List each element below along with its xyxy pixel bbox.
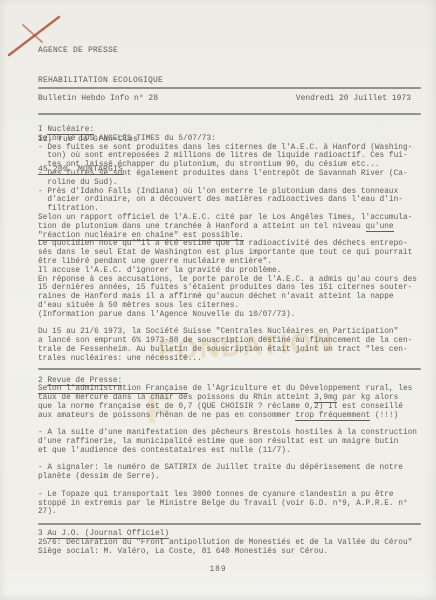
document-line	[38, 482, 426, 491]
text-run: - Près d'Idaho Falls (Indiana) où l'on e…	[38, 188, 398, 196]
text-run: d'une raffinerie, la municipalité estime…	[38, 438, 398, 446]
bulletin-info-row: Bulletin Hebdo Info n° 28 Vendredi 20 Ju…	[38, 94, 411, 103]
divider-line	[38, 87, 421, 89]
text-run: être libéré pendant une guerre nucléaire…	[38, 258, 272, 266]
text-run: Il accuse l'A.E.C. d'ignorer la gravité …	[38, 267, 281, 275]
text-run: 15 dernières années, 15 fuites s'étaient…	[38, 284, 412, 292]
agency-name-line2: REHABILITATION ECOLOGIQUE	[38, 76, 163, 86]
document-line: filtration.	[38, 205, 426, 214]
text-run: trale de Fessenheim. Au bulletin de sous…	[38, 346, 408, 354]
document-line	[38, 421, 426, 430]
text-run: Siège social: M. Valéro, La Coste, 81 64…	[38, 548, 328, 556]
document-line: 25/6: Déclaration du "Front antipollutio…	[38, 539, 426, 548]
text-run: Du 15 au 21/6 1973, la Société Suisse "C…	[38, 328, 398, 336]
document-line: "réaction nucléaire en chaîne" est possi…	[38, 232, 426, 241]
document-line: 2 Revue de Presse:	[38, 377, 426, 386]
underlined-text: 3,9mg	[314, 394, 337, 403]
text-run: 27).	[38, 508, 57, 516]
section-revue-de-presse: 2 Revue de Presse:Selon l'administration…	[38, 377, 426, 518]
document-line: - Le Topaze qui transportait les 3000 to…	[38, 491, 426, 500]
divider-line	[38, 523, 421, 525]
document-line: aux amateurs de poissons rhénan de ne pa…	[38, 412, 426, 421]
text-run: trales nucléaires: une nécessité...	[38, 355, 202, 363]
document-line: d'acier ordinaire, on a découvert des ma…	[38, 196, 426, 205]
text-run: Selon le LOS ANGELES TIMES du 5/07/73:	[38, 135, 216, 143]
underlined-text: Selon l'administration Française	[38, 385, 188, 394]
document-line: Selon l'administration Française de l'Ag…	[38, 385, 426, 394]
document-body: I Nucléaire:Selon le LOS ANGELES TIMES d…	[38, 126, 426, 557]
document-line: que la norme française est de 0,7 (QUE C…	[38, 403, 426, 412]
text-run: - A la suite d'une manifestation des pêc…	[38, 429, 417, 437]
text-run: 2	[38, 377, 47, 385]
bulletin-title: Bulletin Hebdo Info n° 28	[38, 94, 158, 103]
document-line: (Information parue dans l'Agence Nouvell…	[38, 311, 426, 320]
section-journal-officiel: 3 Au J.O. (Journal Officiel)25/6: Déclar…	[38, 530, 426, 556]
text-run: tion de plutonium dans une tranchée à Ha…	[38, 223, 366, 231]
document-line: tion de plutonium dans une tranchée à Ha…	[38, 223, 426, 232]
document-line: Du 15 au 21/6 1973, la Société Suisse "C…	[38, 328, 426, 337]
text-run: raines de Hanford mais il a affirmé qu'a…	[38, 293, 394, 301]
document-line: I Nucléaire:	[38, 126, 426, 135]
document-line: 27).	[38, 508, 426, 517]
document-line: - A signaler: le numéro de SATIRIX de Ju…	[38, 464, 426, 473]
text-run: taux de mercure dans la chair des poisso…	[38, 394, 314, 402]
text-run: 3	[38, 530, 47, 538]
document-line: Siège social: M. Valéro, La Coste, 81 64…	[38, 548, 426, 557]
text-run: filtration.	[38, 205, 99, 213]
document-line: stoppé in extremis par le Ministre Belge…	[38, 500, 426, 509]
document-line: d'eau située à 50 mètres sous les citern…	[38, 302, 426, 311]
document-line: - A la suite d'une manifestation des pêc…	[38, 429, 426, 438]
document-line: taux de mercure dans la chair des poisso…	[38, 394, 426, 403]
document-line: Il accuse l'A.E.C. d'ignorer la gravité …	[38, 267, 426, 276]
divider-line	[38, 113, 421, 115]
text-run: par kg alors	[337, 394, 398, 402]
text-run: a lancé son emprunt 6% 1973-88 de souscr…	[38, 337, 412, 345]
text-run: En réponse à ces accusations, le porte p…	[38, 276, 417, 284]
underlined-text: Au J.O. (Journal Officiel)	[47, 530, 169, 539]
text-run: Selon un rapport officiel de l'A.E.C. ci…	[38, 214, 412, 222]
underlined-text: Nucléaire:	[47, 126, 94, 135]
document-line: raines de Hanford mais il a affirmé qu'a…	[38, 293, 426, 302]
text-run: (Information parue dans l'Agence Nouvell…	[38, 311, 295, 319]
document-line: sés dans le seul Etat de Washington est …	[38, 249, 426, 258]
text-run: stoppé in extremis par le Ministre Belge…	[38, 500, 408, 508]
agency-name-line1: AGENCE DE PRESSE	[38, 46, 163, 56]
document-line: - Près d'Idaho Falls (Indiana) où l'on e…	[38, 188, 426, 197]
document-line: et que l'audience des contestataires est…	[38, 447, 426, 456]
document-line: ton) où sont entreposées 2 millions de l…	[38, 152, 426, 161]
page-number: 189	[0, 566, 436, 574]
text-run: Le quotidien note qu'"il a été estimé qu…	[38, 240, 408, 248]
underlined-text: trop fréquemment	[295, 412, 370, 421]
document-line: trale de Fessenheim. Au bulletin de sous…	[38, 346, 426, 355]
document-line: être libéré pendant une guerre nucléaire…	[38, 258, 426, 267]
text-run: aux amateurs de poissons rhénan de ne pa…	[38, 412, 295, 420]
text-run: - Le Topaze qui transportait les 3000 to…	[38, 491, 394, 499]
document-line: trales nucléaires: une nécessité...	[38, 355, 426, 364]
underlined-text: "réaction nucléaire en chaîne" est possi…	[38, 232, 244, 241]
document-line	[38, 320, 426, 329]
text-run: - Des fuites se sont également produites…	[38, 170, 408, 178]
document-line: planète (dessim de Serre).	[38, 473, 426, 482]
document-line: roline du Sud).	[38, 179, 426, 188]
text-run: d'acier ordinaire, on a découvert des ma…	[38, 196, 403, 204]
document-line	[38, 456, 426, 465]
text-run: I	[38, 126, 47, 134]
document-line: - Des fuites se sont également produites…	[38, 170, 426, 179]
text-run: que la norme française est de 0,7 (QUE C…	[38, 403, 403, 411]
text-run: sés dans le seul Etat de Washington est …	[38, 249, 412, 257]
underlined-text: Revue de Presse:	[47, 377, 122, 386]
document-line: Le quotidien note qu'"il a été estimé qu…	[38, 240, 426, 249]
scanned-bulletin-page: FONDATION F AGENCE DE PRESSE REHABILITAT…	[0, 0, 436, 600]
text-run: tes ont laissé échapper du plutonium, du…	[38, 161, 380, 169]
text-run: (!!!)	[370, 412, 398, 420]
text-run: - A signaler: le numéro de SATIRIX de Ju…	[38, 464, 403, 472]
document-line: 15 dernières années, 15 fuites s'étaient…	[38, 284, 426, 293]
bulletin-date: Vendredi 20 Juillet 1973	[296, 94, 411, 103]
text-run: roline du Sud).	[38, 179, 118, 187]
document-line: tes ont laissé échapper du plutonium, du…	[38, 161, 426, 170]
text-run: de l'Agriculture et du Développement rur…	[188, 385, 413, 393]
text-run: et que l'audience des contestataires est…	[38, 447, 291, 455]
document-line: d'une raffinerie, la municipalité estime…	[38, 438, 426, 447]
document-line: Selon un rapport officiel de l'A.E.C. ci…	[38, 214, 426, 223]
text-run: ton) où sont entreposées 2 millions de l…	[38, 152, 408, 160]
section-nucleaire: I Nucléaire:Selon le LOS ANGELES TIMES d…	[38, 126, 426, 364]
text-run: 25/6: Déclaration du "Front antipollutio…	[38, 539, 412, 547]
document-line: a lancé son emprunt 6% 1973-88 de souscr…	[38, 337, 426, 346]
document-line: Selon le LOS ANGELES TIMES du 5/07/73:	[38, 135, 426, 144]
document-line: 3 Au J.O. (Journal Officiel)	[38, 530, 426, 539]
document-line: En réponse à ces accusations, le porte p…	[38, 276, 426, 285]
divider-line	[38, 368, 421, 370]
document-line: - Des fuites se sont produites dans les …	[38, 144, 426, 153]
text-run: d'eau située à 50 mètres sous les citern…	[38, 302, 239, 310]
underlined-text: qu'une	[366, 223, 394, 232]
text-run: - Des fuites se sont produites dans les …	[38, 144, 412, 152]
text-run: planète (dessim de Serre).	[38, 473, 160, 481]
